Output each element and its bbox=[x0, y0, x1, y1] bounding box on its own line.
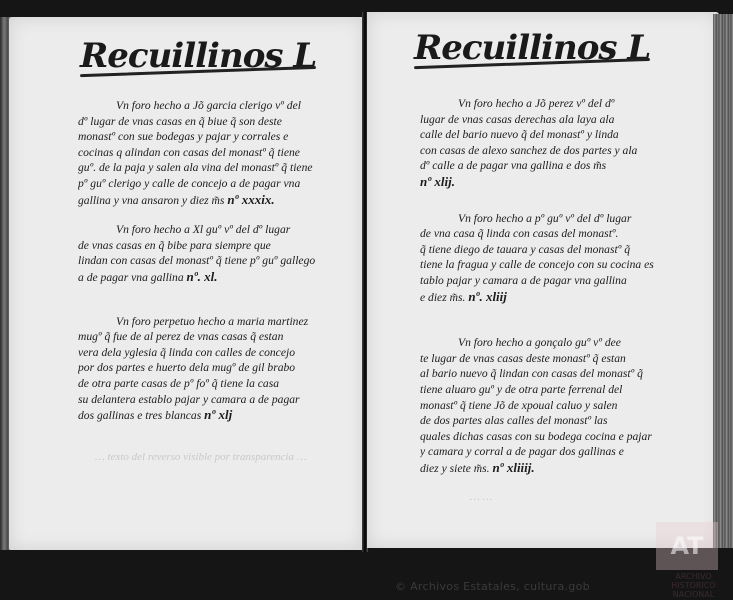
entry-line: guº. de la paja y salen ala vina del mon… bbox=[78, 160, 358, 176]
entry-line: al bario nuevo q̃ lindan con casas del m… bbox=[420, 366, 670, 382]
entry-xliiii: Vn foro hecho a gonçalo guº vº dee te lu… bbox=[420, 335, 670, 476]
entry-line: Vn foro perpetuo hecho a maria martinez bbox=[78, 314, 358, 330]
entry-line: por dos partes e huerto dela mugº de gil… bbox=[78, 360, 358, 376]
entry-line: vera dela yglesia q̃ linda con calles de… bbox=[78, 345, 358, 361]
entry-line: a de pagar vna gallina bbox=[78, 271, 184, 284]
entry-line: e diez m̃s. bbox=[420, 291, 465, 304]
entry-line: lugar de vnas casas derechas ala laya al… bbox=[420, 112, 670, 128]
entry-line: pº guº clerigo y calle de concejo a de p… bbox=[78, 176, 358, 192]
entry-line: Vn foro hecho a gonçalo guº vº dee bbox=[420, 335, 670, 351]
right-page-heading: Recuillinos L bbox=[414, 28, 650, 65]
entry-xl: Vn foro hecho a Xl guº vº del dº lugar d… bbox=[78, 222, 358, 285]
entry-line: dº calle a de pagar vna gallina e dos m̃… bbox=[420, 158, 670, 174]
entry-xxxix: Vn foro hecho a Jõ garcia clerigo vº de… bbox=[78, 98, 358, 208]
entry-line: calle del bario nuevo q̃ del monastº y l… bbox=[420, 127, 670, 143]
entry-xlii: Vn foro hecho a Jõ perez vº del dº luga… bbox=[420, 96, 670, 191]
entry-xliii: Vn foro hecho a pº guº vº del dº lugar d… bbox=[420, 211, 670, 306]
logo-mark: AT bbox=[670, 532, 703, 560]
entry-line: con casas de alexo sanchez de dos partes… bbox=[420, 143, 670, 159]
right-page-edge bbox=[713, 14, 733, 548]
entry-line: de dos partes alas calles del monastº la… bbox=[420, 413, 670, 429]
entry-numeral: nº xxxix. bbox=[227, 192, 274, 207]
entry-line: Vn foro hecho a pº guº vº del dº lugar bbox=[420, 211, 670, 227]
entry-line: de vna casa q̃ linda con casas del monas… bbox=[420, 226, 670, 242]
entry-line: y camara y corral a de pagar dos gallina… bbox=[420, 444, 670, 460]
entry-line: quales dichas casas con su bodega cocina… bbox=[420, 429, 670, 445]
entry-line: Vn foro hecho a Jõ perez vº del dº bbox=[420, 96, 670, 112]
entry-numeral: nº. xl. bbox=[187, 269, 218, 284]
entry-numeral: nº xlij. bbox=[420, 174, 455, 189]
entry-line: de otra parte casas de pº foº q̃ tiene l… bbox=[78, 376, 358, 392]
logo-caption: ARCHIVO HISTÓRICO NACIONAL bbox=[656, 572, 731, 599]
entry-line: diez y siete m̃s. bbox=[420, 462, 490, 475]
copyright-watermark: © Archivos Estatales, cultura.gob bbox=[395, 580, 590, 593]
left-page-heading: Recuillinos L bbox=[80, 36, 316, 73]
right-bleed-through: … … bbox=[470, 490, 492, 505]
entry-line: monastº q̃ tiene Jõ de xpoual caluo y s… bbox=[420, 398, 670, 414]
entry-line: Vn foro hecho a Jõ garcia clerigo vº de… bbox=[78, 98, 358, 114]
entry-line: lindan con casas del monastº q̃ tiene pº… bbox=[78, 253, 358, 269]
entry-line: cocinas q alindan con casas del monastº … bbox=[78, 145, 358, 161]
manuscript-spread: Recuillinos L Vn foro hecho a Jõ garcia… bbox=[0, 0, 733, 600]
entry-line: Vn foro hecho a Xl guº vº del dº lugar bbox=[78, 222, 358, 238]
entry-line: dos gallinas e tres blancas bbox=[78, 409, 201, 422]
entry-line: dº lugar de vnas casas en q̃ biue q̃ son… bbox=[78, 114, 358, 130]
entry-line: tiene la fragua y calle de concejo con s… bbox=[420, 257, 670, 273]
entry-line: te lugar de vnas casas deste monastº q̃ … bbox=[420, 351, 670, 367]
left-bleed-through: … texto del reverso visible por transpar… bbox=[95, 450, 307, 465]
entry-line: gallina y vna ansaron y diez m̃s bbox=[78, 194, 224, 207]
entry-line: mugº q̃ fue de al perez de vnas casas q̃… bbox=[78, 329, 358, 345]
entry-line: su delantera establo pajar y camara a de… bbox=[78, 392, 358, 408]
right-page-entries: Vn foro hecho a Jõ perez vº del dº luga… bbox=[420, 96, 670, 490]
entry-line: q̃ tiene diego de tauara y casas del mon… bbox=[420, 242, 670, 258]
entry-xli: Vn foro perpetuo hecho a maria martinez … bbox=[78, 314, 358, 424]
archive-logo-icon: AT bbox=[656, 522, 718, 570]
entry-line: tiene aluaro guº y de otra parte ferrena… bbox=[420, 382, 670, 398]
entry-numeral: nº xlj bbox=[204, 407, 232, 422]
entry-line: monastº con sue bodegas y pajar y corral… bbox=[78, 129, 358, 145]
entry-numeral: nº xliiij. bbox=[492, 460, 534, 475]
entry-numeral: nº. xliij bbox=[468, 289, 507, 304]
left-page-entries: Vn foro hecho a Jõ garcia clerigo vº de… bbox=[78, 98, 358, 438]
entry-line: tablo pajar y camara a de pagar vna gall… bbox=[420, 273, 670, 289]
entry-line: de vnas casas en q̃ bibe para siempre qu… bbox=[78, 238, 358, 254]
